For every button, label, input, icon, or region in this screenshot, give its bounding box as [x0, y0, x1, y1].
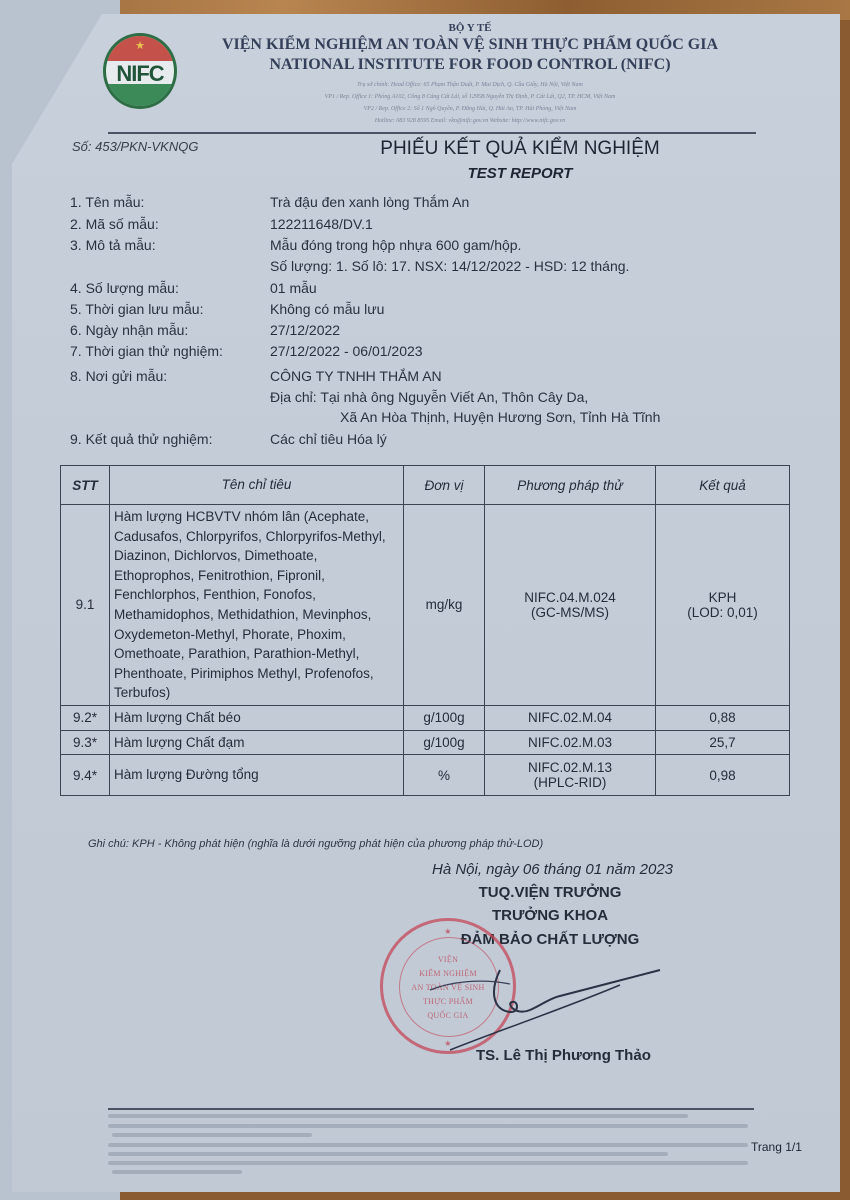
info-label: 4. Số lượng mẫu: [70, 280, 179, 296]
cell-method: NIFC.02.M.13 (HPLC-RID) [485, 755, 656, 796]
cell-name: Hàm lượng Đường tổng [110, 755, 404, 796]
info-value: Mẫu đóng trong hộp nhựa 600 gam/hộp. [270, 237, 521, 253]
footer-note-line [108, 1114, 688, 1118]
info-value: Số lượng: 1. Số lô: 17. NSX: 14/12/2022 … [270, 258, 629, 274]
cell-unit: mg/kg [404, 505, 485, 706]
cell-result: KPH (LOD: 0,01) [656, 505, 790, 706]
cell-method: NIFC.02.M.03 [485, 730, 656, 755]
cell-result: 0,98 [656, 755, 790, 796]
handwritten-signature [420, 960, 680, 1060]
table-row: 9.4* Hàm lượng Đường tổng % NIFC.02.M.13… [61, 755, 790, 796]
info-label: 2. Mã số mẫu: [70, 216, 159, 232]
cell-method: NIFC.02.M.04 [485, 705, 656, 730]
page-number: Trang 1/1 [751, 1140, 802, 1154]
cell-stt: 9.4* [61, 755, 110, 796]
info-value: Các chỉ tiêu Hóa lý [270, 431, 387, 447]
cell-method: NIFC.04.M.024 (GC-MS/MS) [485, 505, 656, 706]
cell-stt: 9.2* [61, 705, 110, 730]
address-line: VP2 / Rep. Office 2: Số 1 Ngô Quyền, P. … [190, 106, 750, 112]
info-label: 5. Thời gian lưu mẫu: [70, 301, 203, 317]
cell-stt: 9.3* [61, 730, 110, 755]
column-header-stt: STT [61, 466, 110, 505]
info-value: Không có mẫu lưu [270, 301, 384, 317]
cell-unit: g/100g [404, 705, 485, 730]
table-note: Ghi chú: KPH - Không phát hiện (nghĩa là… [88, 838, 543, 850]
info-value: CÔNG TY TNHH THẮM AN [270, 368, 442, 384]
info-value: 122211648/DV.1 [270, 216, 373, 232]
info-label: 6. Ngày nhận mẫu: [70, 322, 188, 338]
footer-note-line [112, 1170, 242, 1174]
results-table: STT Tên chỉ tiêu Đơn vị Phương pháp thử … [60, 465, 790, 796]
signature-title: TUQ.VIỆN TRƯỞNG [420, 884, 680, 901]
column-header-unit: Đơn vị [404, 466, 485, 505]
footer-note-line [108, 1143, 748, 1147]
info-value: 27/12/2022 - 06/01/2023 [270, 343, 423, 359]
institute-name-en: NATIONAL INSTITUTE FOR FOOD CONTROL (NIF… [190, 56, 750, 74]
info-value: 27/12/2022 [270, 322, 340, 338]
table-row: 9.2* Hàm lượng Chất béo g/100g NIFC.02.M… [61, 705, 790, 730]
info-label: 3. Mô tả mẫu: [70, 237, 156, 253]
address-line: Trụ sở chính: Head Office: 65 Phạm Thận … [190, 82, 750, 88]
report-subtitle: TEST REPORT [260, 165, 780, 182]
star-icon: ★ [106, 39, 174, 52]
report-number: Số: 453/PKN-VKNQG [72, 139, 198, 154]
info-label: 9. Kết quả thử nghiệm: [70, 431, 212, 447]
cell-stt: 9.1 [61, 505, 110, 706]
info-value: Trà đậu đen xanh lòng Thắm An [270, 194, 469, 210]
footer-note-line [108, 1161, 748, 1165]
info-label: 8. Nơi gửi mẫu: [70, 368, 167, 384]
footer-note-line [112, 1133, 312, 1137]
cell-result: 0,88 [656, 705, 790, 730]
cell-name: Hàm lượng Chất đạm [110, 730, 404, 755]
info-label: 7. Thời gian thử nghiệm: [70, 343, 223, 359]
cell-name: Hàm lượng Chất béo [110, 705, 404, 730]
place-date: Hà Nội, ngày 06 tháng 01 năm 2023 [432, 861, 673, 878]
column-header-name: Tên chỉ tiêu [110, 466, 404, 505]
cell-unit: g/100g [404, 730, 485, 755]
nifc-logo: ★ NIFC [103, 33, 177, 109]
address-line: VP1 / Rep. Office 1: Phòng A102, Công 8 … [190, 94, 750, 100]
info-value: Xã An Hòa Thịnh, Huyện Hương Sơn, Tỉnh H… [340, 409, 660, 425]
institute-name-vn: VIỆN KIỂM NGHIỆM AN TOÀN VỆ SINH THỰC PH… [190, 36, 750, 54]
footer-note-line [108, 1152, 668, 1156]
ministry-name: BỘ Y TẾ [190, 22, 750, 34]
signer-name: TS. Lê Thị Phương Thảo [476, 1047, 651, 1064]
info-value: 01 mẫu [270, 280, 317, 296]
address-line: Hotline: 083 928 8595 Email: vkn@nifc.go… [190, 118, 750, 124]
info-label: 1. Tên mẫu: [70, 194, 144, 210]
report-title: PHIẾU KẾT QUẢ KIỂM NGHIỆM [260, 138, 780, 160]
column-header-result: Kết quả [656, 466, 790, 505]
footer-divider [108, 1108, 754, 1110]
table-row: 9.3* Hàm lượng Chất đạm g/100g NIFC.02.M… [61, 730, 790, 755]
cell-result: 25,7 [656, 730, 790, 755]
column-header-method: Phương pháp thử [485, 466, 656, 505]
info-value: Địa chỉ: Tại nhà ông Nguyễn Viết An, Thô… [270, 389, 588, 405]
table-header-row: STT Tên chỉ tiêu Đơn vị Phương pháp thử … [61, 466, 790, 505]
table-row: 9.1 Hàm lượng HCBVTV nhóm lân (Acephate,… [61, 505, 790, 706]
footer-note-line [108, 1124, 748, 1128]
header-divider [108, 132, 756, 134]
cell-unit: % [404, 755, 485, 796]
cell-name: Hàm lượng HCBVTV nhóm lân (Acephate, Cad… [110, 505, 404, 706]
